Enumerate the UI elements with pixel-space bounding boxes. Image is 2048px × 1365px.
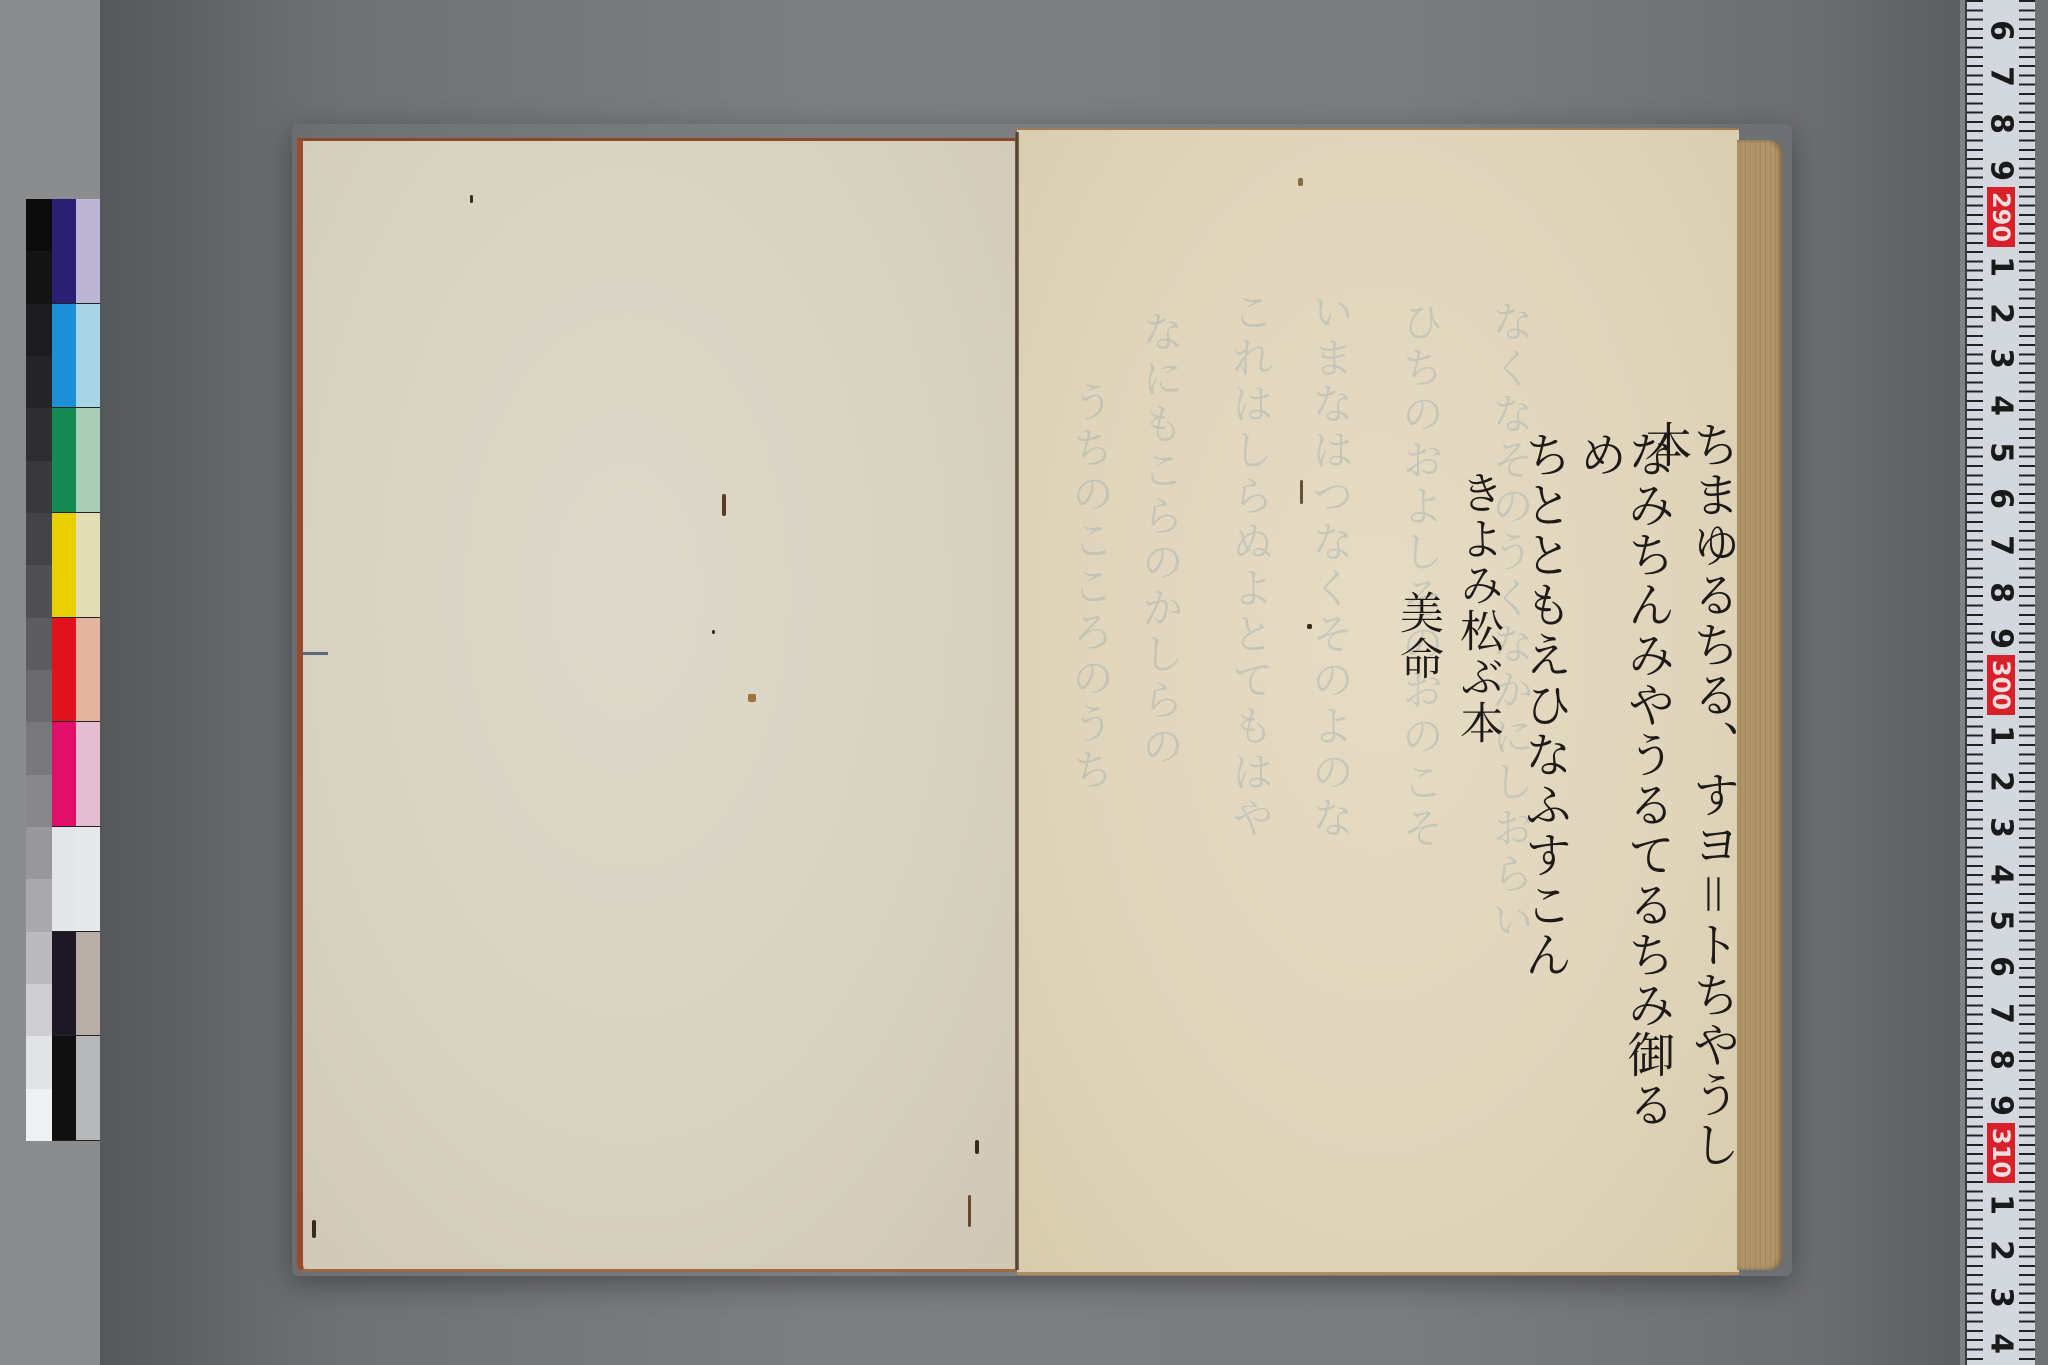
grayscale-step <box>26 461 52 513</box>
saturated-swatch <box>52 722 76 826</box>
saturated-swatch <box>52 827 76 931</box>
grayscale-step <box>26 251 52 303</box>
color-patch-cyan <box>52 304 100 409</box>
grayscale-step <box>26 513 52 565</box>
ruler-digit-label: 2 <box>1984 768 2019 796</box>
paper-speck <box>1298 178 1303 186</box>
ruler-digit-label: 7 <box>1984 532 2019 560</box>
fore-edge-pages <box>1737 140 1783 1270</box>
ruler-digit-label: 8 <box>1984 1046 2019 1074</box>
tint-swatch <box>76 722 100 826</box>
book-gutter <box>1015 132 1019 1270</box>
background-right-edge <box>2034 0 2048 1365</box>
saturated-swatch <box>52 1036 76 1140</box>
grayscale-step <box>26 775 52 827</box>
grayscale-step <box>26 199 52 251</box>
ruler-digit-label: 7 <box>1984 63 2019 91</box>
wormhole-mark <box>968 1195 971 1227</box>
show-through-column: なにもこらのかしらの <box>1130 310 1190 1030</box>
color-patch-column <box>52 199 100 1141</box>
color-patch-red <box>52 618 100 723</box>
ruler-digit-label: 1 <box>1984 253 2019 281</box>
tint-swatch <box>76 618 100 722</box>
ruler-digit-label: 1 <box>1984 1191 2019 1219</box>
tint-swatch <box>76 932 100 1036</box>
ruler-digit-label: 3 <box>1984 814 2019 842</box>
ruler-digit-label: 3 <box>1984 1284 2019 1312</box>
grayscale-step <box>26 879 52 931</box>
paper-speck <box>712 630 715 634</box>
tint-swatch <box>76 1036 100 1140</box>
page-tear-mark <box>302 652 328 655</box>
grayscale-step <box>26 1036 52 1088</box>
grayscale-step <box>26 304 52 356</box>
ruler-ticks-right <box>2019 0 2035 1365</box>
ruler-digit-label: 2 <box>1984 1237 2019 1265</box>
grayscale-step <box>26 932 52 984</box>
ruler-digit-label: 9 <box>1984 157 2019 185</box>
left-page <box>297 138 1023 1272</box>
ruler-digit-label: 5 <box>1984 907 2019 935</box>
ruler-digit-label: 8 <box>1984 110 2019 138</box>
calligraphy-column-5: 美命 <box>1395 590 1439 740</box>
ruler-digit-label: 6 <box>1984 485 2019 513</box>
tint-swatch <box>76 199 100 303</box>
ruler-major-label: 290 <box>1987 187 2015 247</box>
grayscale-step <box>26 984 52 1036</box>
measurement-ruler: 67892901234567893001234567893101234 <box>1965 0 2035 1365</box>
ruler-digit-label: 3 <box>1984 345 2019 373</box>
saturated-swatch <box>52 304 76 408</box>
ruler-digit-label: 6 <box>1984 17 2019 45</box>
ruler-digit-label: 6 <box>1984 953 2019 981</box>
wormhole-mark <box>312 1220 316 1238</box>
wormhole-mark <box>975 1140 979 1154</box>
grayscale-step <box>26 618 52 670</box>
ruler-digit-label: 4 <box>1984 392 2019 420</box>
ruler-digit-label: 5 <box>1984 439 2019 467</box>
calligraphy-column-4: きよみ松ぶ本 <box>1455 470 1499 790</box>
show-through-column: うちのこころのうち <box>1060 380 1120 1030</box>
grayscale-step <box>26 722 52 774</box>
color-patch-violet <box>52 199 100 304</box>
ruler-digit-label: 7 <box>1984 1000 2019 1028</box>
saturated-swatch <box>52 513 76 617</box>
show-through-column: これはしらぬよとてもはや <box>1220 290 1280 990</box>
grayscale-step <box>26 356 52 408</box>
grayscale-step <box>26 408 52 460</box>
ruler-digit-label: 9 <box>1984 625 2019 653</box>
show-through-column: いまなはつなくそのよのな <box>1300 290 1360 1010</box>
paper-speck <box>470 195 473 203</box>
calligraphy-column-3: ちとともえひなふすこん <box>1520 430 1568 990</box>
grayscale-step <box>26 1089 52 1141</box>
saturated-swatch <box>52 618 76 722</box>
tint-swatch <box>76 408 100 512</box>
ruler-digit-label: 9 <box>1984 1092 2019 1120</box>
tint-swatch <box>76 827 100 931</box>
color-patch-yellow <box>52 513 100 618</box>
saturated-swatch <box>52 408 76 512</box>
wormhole-mark <box>722 494 726 516</box>
grayscale-step <box>26 670 52 722</box>
color-patch-black <box>52 1036 100 1141</box>
saturated-swatch <box>52 199 76 303</box>
ruler-digit-label: 4 <box>1984 1330 2019 1358</box>
ruler-digit-label: 8 <box>1984 579 2019 607</box>
saturated-swatch <box>52 932 76 1036</box>
wormhole-mark <box>1300 480 1303 504</box>
grayscale-step <box>26 827 52 879</box>
grayscale-step <box>26 565 52 617</box>
paper-speck <box>1307 624 1312 629</box>
paper-speck <box>748 694 756 702</box>
ruler-digit-label: 1 <box>1984 722 2019 750</box>
ruler-digit-label: 4 <box>1984 861 2019 889</box>
color-calibration-chart <box>26 199 100 1141</box>
tint-swatch <box>76 513 100 617</box>
ruler-major-label: 310 <box>1987 1123 2015 1183</box>
color-patch-green <box>52 408 100 513</box>
color-patch-magenta <box>52 722 100 827</box>
ruler-major-label: 300 <box>1987 655 2015 715</box>
color-patch-dark-violet <box>52 932 100 1037</box>
calligraphy-column-2: なみちんみやうるてるちみ御るめ <box>1575 430 1671 1130</box>
grayscale-column <box>26 199 52 1141</box>
color-patch-white <box>52 827 100 932</box>
tint-swatch <box>76 304 100 408</box>
ruler-ticks-left <box>1967 0 1983 1365</box>
ruler-digit-label: 2 <box>1984 300 2019 328</box>
